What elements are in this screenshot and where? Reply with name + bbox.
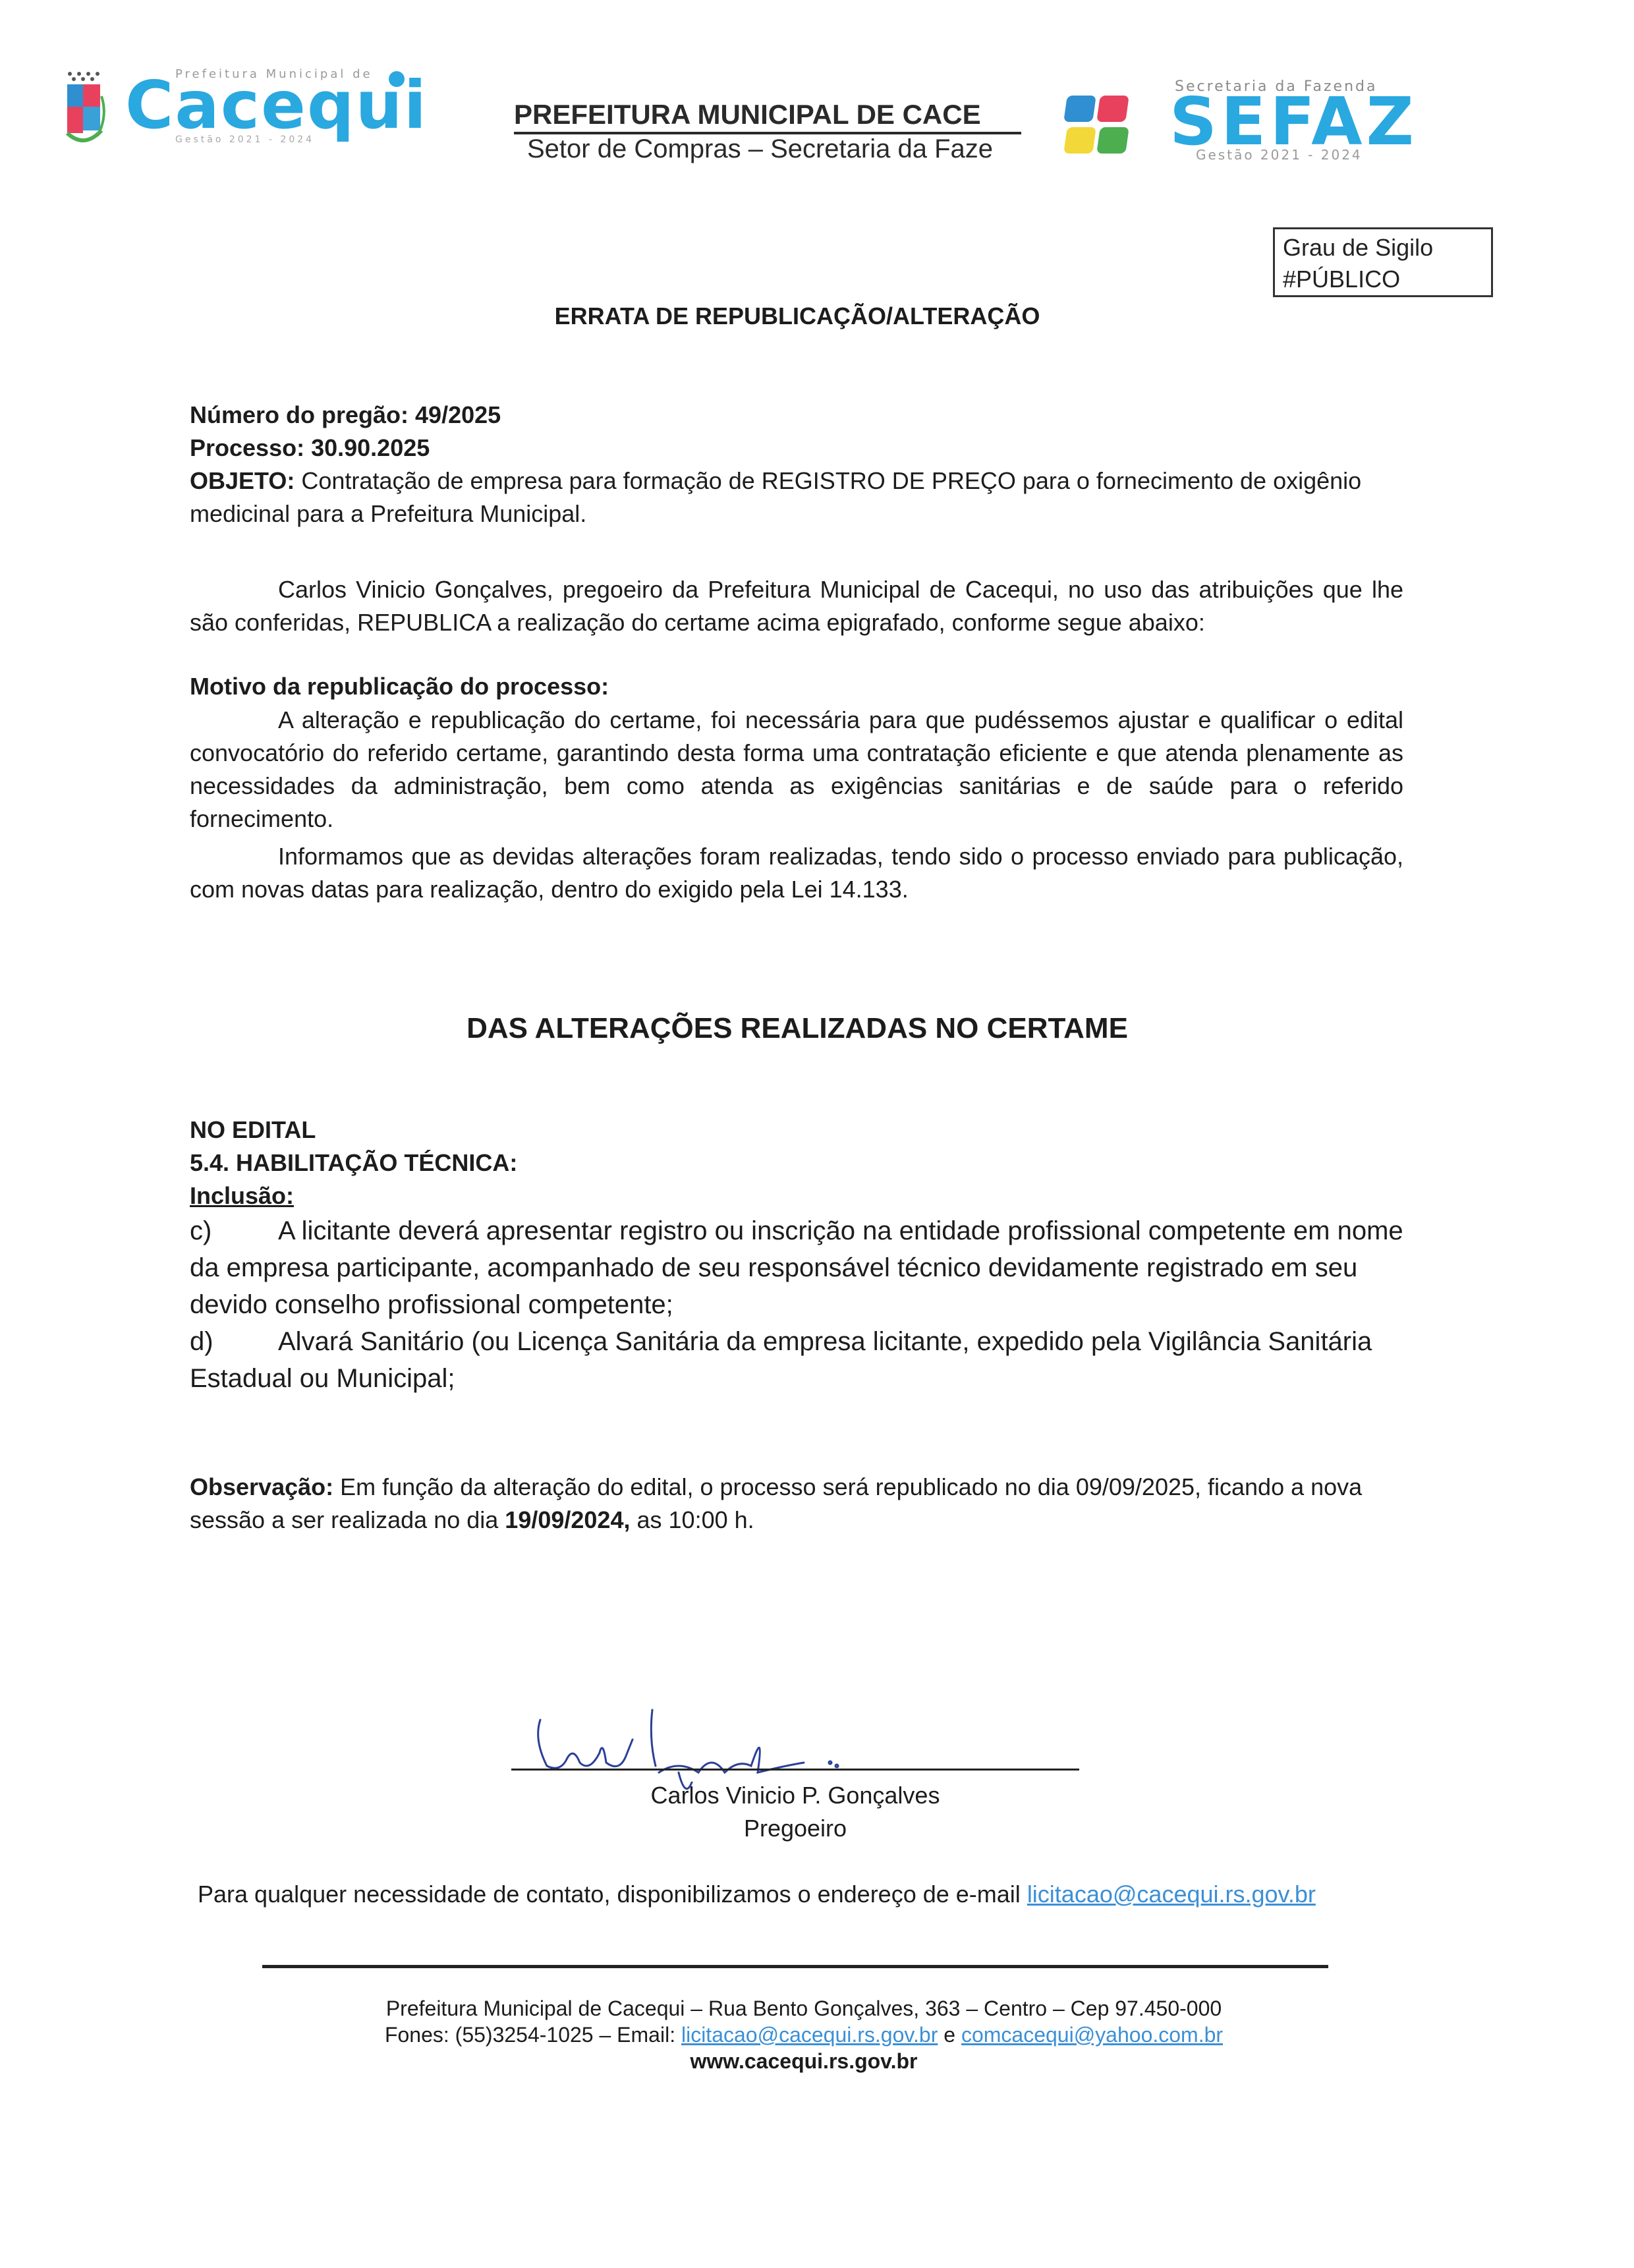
sefaz-logo: Secretaria da Fazenda SEFAZ Gestão 2021 … <box>1064 69 1394 161</box>
objeto-text: Contratação de empresa para formação de … <box>190 467 1361 527</box>
sefaz-name: SEFAZ <box>1169 89 1418 155</box>
item-text: Alvará Sanitário (ou Licença Sanitária d… <box>190 1323 1403 1397</box>
intro-paragraph: Carlos Vinicio Gonçalves, pregoeiro da P… <box>190 573 1403 639</box>
habilitacao-label: 5.4. HABILITAÇÃO TÉCNICA: <box>190 1147 1403 1179</box>
process-info: Número do pregão: 49/2025 Processo: 30.9… <box>190 399 1403 530</box>
footer-divider <box>262 1965 1328 1968</box>
logo-dot-icon <box>389 71 405 87</box>
objeto-line: OBJETO: Contratação de empresa para form… <box>190 465 1403 530</box>
session-date: 19/09/2024, <box>505 1506 630 1533</box>
item-text: A licitante deverá apresentar registro o… <box>190 1212 1403 1323</box>
pregao-number: 49/2025 <box>415 401 501 428</box>
inclusion-list: c) A licitante deverá apresentar registr… <box>190 1212 1403 1397</box>
signer-role: Pregoeiro <box>511 1812 1079 1845</box>
inclusao-label: Inclusão: <box>190 1179 1403 1212</box>
signature-line <box>511 1769 1079 1771</box>
footer-contacts: Fones: (55)3254-1025 – Email: licitacao@… <box>0 2022 1608 2048</box>
logo-name: Cacequi <box>125 72 428 138</box>
confidentiality-box: Grau de Sigilo #PÚBLICO <box>1273 227 1493 297</box>
sigilo-value: #PÚBLICO <box>1283 264 1483 295</box>
document-title: ERRATA DE REPUBLICAÇÃO/ALTERAÇÃO <box>0 300 1594 333</box>
motivo-heading: Motivo da republicação do processo: <box>190 670 1403 703</box>
section-heading: DAS ALTERAÇÕES REALIZADAS NO CERTAME <box>0 1012 1594 1045</box>
footer-email-link-1[interactable]: licitacao@cacequi.rs.gov.br <box>681 2023 938 2047</box>
signer-name: Carlos Vinicio P. Gonçalves <box>511 1779 1079 1812</box>
edital-label: NO EDITAL <box>190 1114 1403 1147</box>
sefaz-term: Gestão 2021 - 2024 <box>1196 147 1363 163</box>
footer-email-link-2[interactable]: comcacequi@yahoo.com.br <box>961 2023 1223 2047</box>
motivo-paragraph-1: A alteração e republicação do certame, f… <box>190 704 1403 836</box>
motivo-paragraph-2: Informamos que as devidas alterações for… <box>190 840 1403 906</box>
header-title: PREFEITURA MUNICIPAL DE CACE <box>514 99 1021 134</box>
edital-section: NO EDITAL 5.4. HABILITAÇÃO TÉCNICA: Incl… <box>190 1114 1403 1397</box>
sigilo-label: Grau de Sigilo <box>1283 232 1483 264</box>
pregao-line: Número do pregão: 49/2025 <box>190 399 1403 432</box>
processo-line: Processo: 30.90.2025 <box>190 432 1403 465</box>
contact-email-link[interactable]: licitacao@cacequi.rs.gov.br <box>1027 1881 1316 1908</box>
contact-line: Para qualquer necessidade de contato, di… <box>198 1878 1316 1911</box>
list-item: c) A licitante deverá apresentar registr… <box>190 1212 1403 1323</box>
coat-of-arms-icon <box>65 70 105 148</box>
header-subtitle: Setor de Compras – Secretaria da Faze <box>527 134 1021 164</box>
footer-website[interactable]: www.cacequi.rs.gov.br <box>0 2048 1608 2074</box>
observacao-paragraph: Observação: Em função da alteração do ed… <box>190 1471 1403 1537</box>
cacequi-logo: Prefeitura Municipal de Cacequi Gestão 2… <box>65 66 407 152</box>
logo-term: Gestão 2021 - 2024 <box>175 134 314 145</box>
footer-address: Prefeitura Municipal de Cacequi – Rua Be… <box>0 1995 1608 2022</box>
processo-number: 30.90.2025 <box>311 434 430 461</box>
list-item: d) Alvará Sanitário (ou Licença Sanitári… <box>190 1323 1403 1397</box>
